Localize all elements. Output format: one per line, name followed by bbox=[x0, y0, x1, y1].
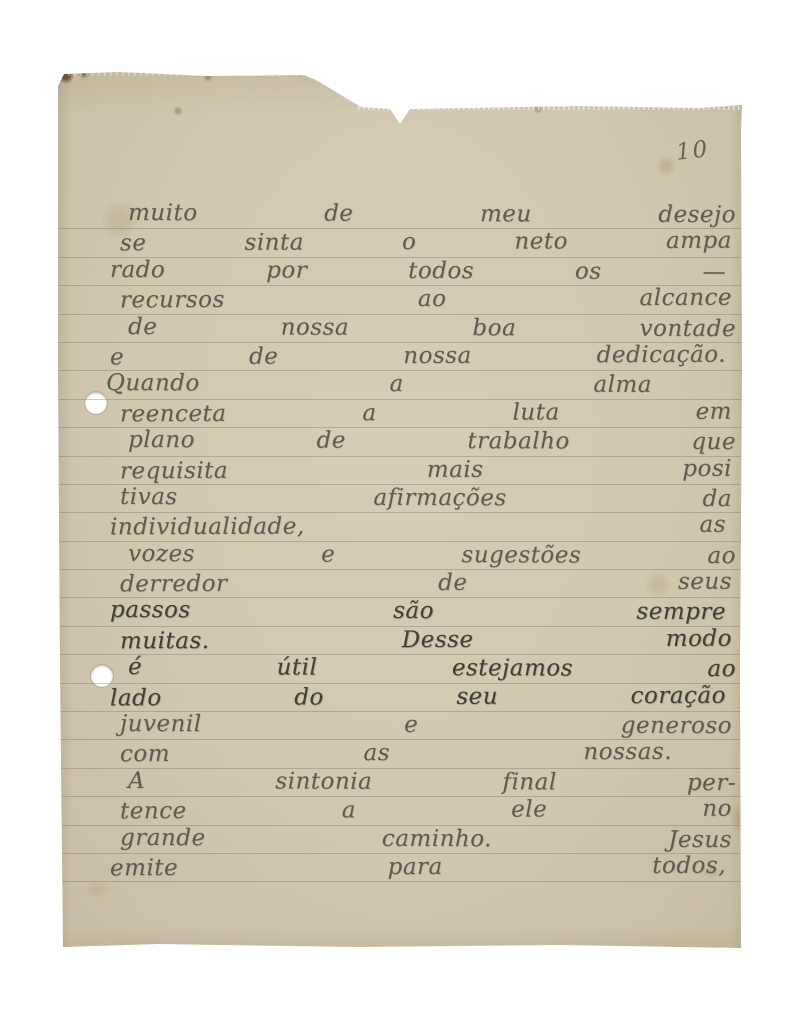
handwritten-word: de bbox=[438, 569, 467, 597]
manuscript-line-text: emiteparatodos, bbox=[110, 853, 726, 883]
handwritten-word: — bbox=[702, 258, 726, 286]
handwritten-word: estejamos bbox=[452, 655, 573, 683]
manuscript-line-text: Asintoniafinalper- bbox=[128, 768, 736, 798]
handwritten-word: por bbox=[266, 257, 307, 285]
handwritten-word: derredor bbox=[120, 570, 228, 598]
manuscript-line: muitas.Dessemodo bbox=[58, 627, 742, 655]
handwritten-word: e bbox=[110, 344, 124, 372]
handwritten-word: desejo bbox=[658, 201, 736, 229]
handwritten-word: nossa bbox=[403, 342, 472, 370]
handwritten-word: seus bbox=[678, 568, 732, 596]
manuscript-line-text: reencetaalutaem bbox=[120, 398, 732, 428]
handwritten-word: é bbox=[128, 654, 142, 682]
handwritten-word: se bbox=[120, 230, 147, 258]
manuscript-line: éútilestejamosao bbox=[58, 655, 742, 683]
torn-edge-tab bbox=[62, 72, 358, 76]
handwritten-word: trabalho bbox=[467, 428, 570, 456]
manuscript-line: grandecaminho.Jesus bbox=[58, 826, 742, 854]
handwritten-word: per- bbox=[687, 769, 736, 797]
manuscript-line-text: sesintaonetoampa bbox=[120, 228, 732, 258]
handwritten-word: ele bbox=[511, 796, 547, 824]
handwritten-word: juvenil bbox=[120, 710, 202, 738]
handwritten-word: as bbox=[699, 511, 726, 539]
handwritten-word: boa bbox=[472, 314, 516, 342]
handwritten-word: sinta bbox=[244, 229, 304, 257]
handwritten-word: no bbox=[702, 795, 732, 823]
handwritten-word: todos, bbox=[652, 852, 726, 880]
manuscript-line: Quandoaalma bbox=[58, 371, 742, 399]
handwritten-word: sempre bbox=[636, 599, 726, 627]
handwritten-word: luta bbox=[512, 399, 559, 427]
handwritten-word: tivas bbox=[120, 483, 178, 511]
handwritten-word: alma bbox=[593, 371, 652, 399]
handwritten-word: para bbox=[388, 853, 443, 881]
handwritten-word: a bbox=[362, 399, 376, 427]
manuscript-line-text: Quandoaalma bbox=[106, 370, 652, 399]
page-number: 10 bbox=[675, 136, 711, 165]
manuscript-line-text: vozesesugestõesao bbox=[128, 541, 736, 571]
handwritten-word: reenceta bbox=[120, 400, 227, 428]
handwritten-word: meu bbox=[480, 201, 532, 229]
handwritten-word: são bbox=[393, 598, 434, 626]
handwritten-word: emite bbox=[110, 854, 178, 882]
photo-background: 10 muitodemeudesejosesintaonetoamparadop… bbox=[0, 0, 808, 1024]
handwritten-word: final bbox=[502, 768, 556, 796]
manuscript-line: tivasafirmaçõesda bbox=[58, 485, 742, 513]
manuscript-line-text: ladodoseucoração bbox=[110, 682, 726, 712]
manuscript-line-text: radoportodosos— bbox=[110, 257, 726, 287]
manuscript-line: juvenilegeneroso bbox=[58, 712, 742, 740]
manuscript-line-text: requisitamaisposi bbox=[120, 455, 732, 485]
manuscript-line: tenceaeleno bbox=[58, 797, 742, 825]
handwritten-word: rado bbox=[110, 256, 165, 284]
manuscript-line-text: tivasafirmaçõesda bbox=[120, 484, 732, 514]
handwritten-word: nossa bbox=[281, 313, 350, 341]
manuscript-line-text: muitas.Dessemodo bbox=[120, 626, 732, 656]
manuscript-line-text: éútilestejamosao bbox=[128, 654, 736, 684]
handwritten-word: tence bbox=[120, 798, 187, 826]
handwritten-word: plano bbox=[128, 426, 195, 454]
handwritten-word: todos bbox=[408, 257, 474, 285]
handwritten-word: modo bbox=[666, 625, 732, 653]
handwritten-word: que bbox=[691, 428, 736, 456]
manuscript-line-text: derredordeseus bbox=[120, 569, 732, 599]
handwritten-word: Quando bbox=[106, 370, 200, 398]
manuscript-line: vozesesugestõesao bbox=[58, 542, 742, 570]
manuscript-line-text: comasnossas. bbox=[120, 739, 672, 769]
handwritten-word: caminho. bbox=[382, 825, 492, 853]
handwritten-word: útil bbox=[277, 654, 318, 682]
handwritten-word: posi bbox=[682, 455, 732, 483]
handwritten-word: mais bbox=[427, 456, 484, 484]
torn-edge-main bbox=[358, 106, 742, 110]
handwritten-word: A bbox=[128, 767, 145, 795]
manuscript-line-text: grandecaminho.Jesus bbox=[120, 825, 732, 855]
handwritten-word: sugestões bbox=[461, 541, 581, 569]
manuscript-line-text: individualidade,as bbox=[110, 512, 726, 542]
handwritten-word: passos bbox=[110, 597, 191, 625]
manuscript-line-text: edenossadedicação. bbox=[110, 342, 726, 372]
handwritten-word: com bbox=[120, 741, 170, 769]
handwritten-word: de bbox=[249, 343, 278, 371]
manuscript-line: derredordeseus bbox=[58, 570, 742, 598]
handwritten-word: Desse bbox=[402, 626, 474, 654]
handwritten-word: dedicação. bbox=[597, 341, 726, 370]
handwritten-word: recursos bbox=[120, 286, 225, 314]
manuscript-line: requisitamaisposi bbox=[58, 457, 742, 485]
handwritten-word: de bbox=[324, 200, 353, 228]
manuscript-line: denossaboavontade bbox=[58, 315, 742, 343]
handwritten-word: muitas. bbox=[120, 627, 210, 655]
manuscript-line-text: planodetrabalhoque bbox=[128, 427, 736, 457]
manuscript-line: sesintaonetoampa bbox=[58, 229, 742, 257]
handwritten-word: vozes bbox=[128, 540, 195, 568]
handwritten-word: do bbox=[294, 683, 324, 711]
handwritten-word: ao bbox=[418, 285, 447, 313]
manuscript-line: planodetrabalhoque bbox=[58, 428, 742, 456]
handwritten-word: e bbox=[404, 711, 418, 739]
manuscript-line-text: tenceaeleno bbox=[120, 796, 732, 826]
handwritten-word: e bbox=[321, 541, 335, 569]
handwritten-word: seu bbox=[456, 683, 498, 711]
handwritten-word: de bbox=[316, 427, 345, 455]
manuscript-line: passossãosempre bbox=[58, 598, 742, 626]
handwritten-word: afirmações bbox=[373, 484, 506, 512]
handwritten-word: muito bbox=[128, 199, 198, 227]
manuscript-page: 10 muitodemeudesejosesintaonetoamparadop… bbox=[58, 70, 742, 951]
handwritten-word: o bbox=[402, 229, 416, 257]
manuscript-line: radoportodosos— bbox=[58, 258, 742, 286]
handwritten-word: em bbox=[695, 398, 732, 426]
handwritten-word: ao bbox=[707, 656, 736, 684]
manuscript-line: muitodemeudesejo bbox=[58, 201, 742, 229]
handwritten-word: da bbox=[702, 485, 732, 513]
handwritten-word: generoso bbox=[621, 712, 732, 740]
manuscript-line: edenossadedicação. bbox=[58, 343, 742, 371]
handwritten-word: individualidade, bbox=[110, 513, 305, 542]
manuscript-line-text: denossaboavontade bbox=[128, 314, 736, 344]
handwritten-word: os bbox=[575, 258, 602, 286]
handwritten-word: a bbox=[389, 371, 403, 399]
manuscript-line-text: recursosaoalcance bbox=[120, 285, 732, 315]
manuscript-line: recursosaoalcance bbox=[58, 286, 742, 314]
handwritten-word: grande bbox=[120, 824, 206, 852]
manuscript-line: Asintoniafinalper- bbox=[58, 769, 742, 797]
manuscript-line: emiteparatodos, bbox=[58, 854, 742, 882]
manuscript-line: comasnossas. bbox=[58, 740, 742, 768]
handwritten-word: as bbox=[363, 740, 390, 768]
manuscript-lines: muitodemeudesejosesintaonetoamparadoport… bbox=[58, 201, 742, 882]
handwritten-word: vontade bbox=[639, 315, 736, 343]
manuscript-line: ladodoseucoração bbox=[58, 684, 742, 712]
handwritten-word: alcance bbox=[639, 284, 732, 312]
handwritten-word: Jesus bbox=[668, 826, 732, 854]
handwritten-word: nossas. bbox=[583, 739, 672, 767]
handwritten-word: ao bbox=[707, 542, 736, 570]
manuscript-line: reencetaalutaem bbox=[58, 400, 742, 428]
handwritten-word: coração bbox=[631, 682, 727, 710]
handwritten-word: requisita bbox=[120, 457, 228, 485]
handwritten-word: neto bbox=[514, 228, 568, 256]
manuscript-line: individualidade,as bbox=[58, 513, 742, 541]
manuscript-line-text: muitodemeudesejo bbox=[128, 200, 736, 230]
handwritten-word: a bbox=[342, 797, 356, 825]
manuscript-line-text: juvenilegeneroso bbox=[120, 711, 732, 741]
handwritten-word: ampa bbox=[666, 227, 732, 255]
handwritten-word: lado bbox=[110, 684, 162, 712]
handwritten-word: de bbox=[128, 313, 157, 341]
manuscript-line-text: passossãosempre bbox=[110, 597, 726, 627]
handwritten-word: sintonia bbox=[275, 768, 372, 796]
